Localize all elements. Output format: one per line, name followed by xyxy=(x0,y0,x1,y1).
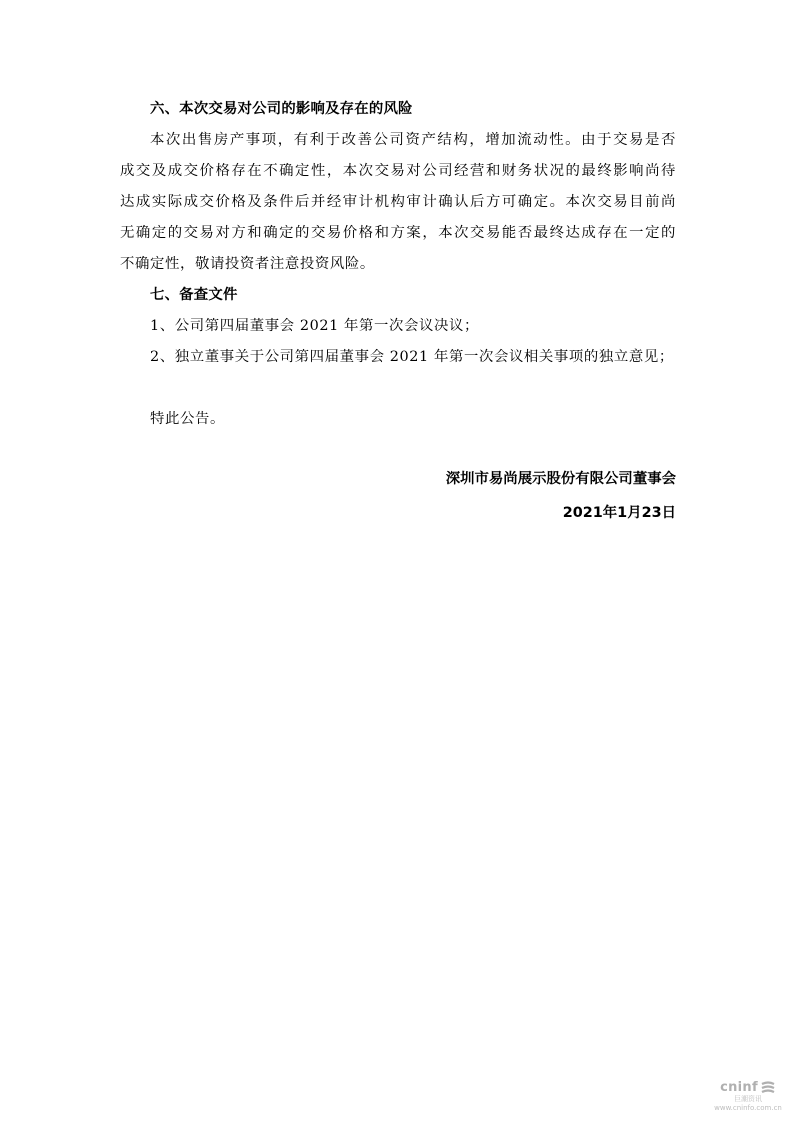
signature-date: 2021年1月23日 xyxy=(446,496,676,530)
reference-document-item: 2、独立董事关于公司第四届董事会 2021 年第一次会议相关事项的独立意见； xyxy=(120,342,676,373)
watermark-url: www.cninfo.com.cn xyxy=(708,1104,788,1113)
signature-block: 深圳市易尚展示股份有限公司董事会 2021年1月23日 xyxy=(446,462,676,530)
signature-company: 深圳市易尚展示股份有限公司董事会 xyxy=(446,462,676,496)
closing-statement: 特此公告。 xyxy=(120,404,676,435)
cninfo-watermark: cninf 巨潮资讯 www.cninfo.com.cn xyxy=(708,1080,788,1113)
section-6-paragraph-line: 达成实际成交价格及条件后并经审计机构审计确认后方可确定。本次交易目前尚 xyxy=(120,187,676,218)
blank-line xyxy=(120,373,676,404)
section-6-paragraph-line: 不确定性，敬请投资者注意投资风险。 xyxy=(120,249,676,280)
section-6-heading: 六、本次交易对公司的影响及存在的风险 xyxy=(120,94,676,125)
watermark-logo: cninf xyxy=(708,1080,788,1095)
section-6-paragraph-line: 无确定的交易对方和确定的交易价格和方案，本次交易能否最终达成存在一定的 xyxy=(120,218,676,249)
section-6-paragraph-line: 本次出售房产事项，有利于改善公司资产结构，增加流动性。由于交易是否 xyxy=(120,125,676,156)
section-7-heading: 七、备查文件 xyxy=(120,280,676,311)
reference-document-item: 1、公司第四届董事会 2021 年第一次会议决议； xyxy=(120,311,676,342)
cninfo-logo-icon xyxy=(760,1081,776,1095)
section-6-paragraph-line: 成交及成交价格存在不确定性，本次交易对公司经营和财务状况的最终影响尚待 xyxy=(120,156,676,187)
watermark-brand: cninf xyxy=(720,1080,758,1095)
document-page: 六、本次交易对公司的影响及存在的风险 本次出售房产事项，有利于改善公司资产结构，… xyxy=(120,94,676,435)
watermark-subtitle: 巨潮资讯 xyxy=(708,1095,788,1104)
